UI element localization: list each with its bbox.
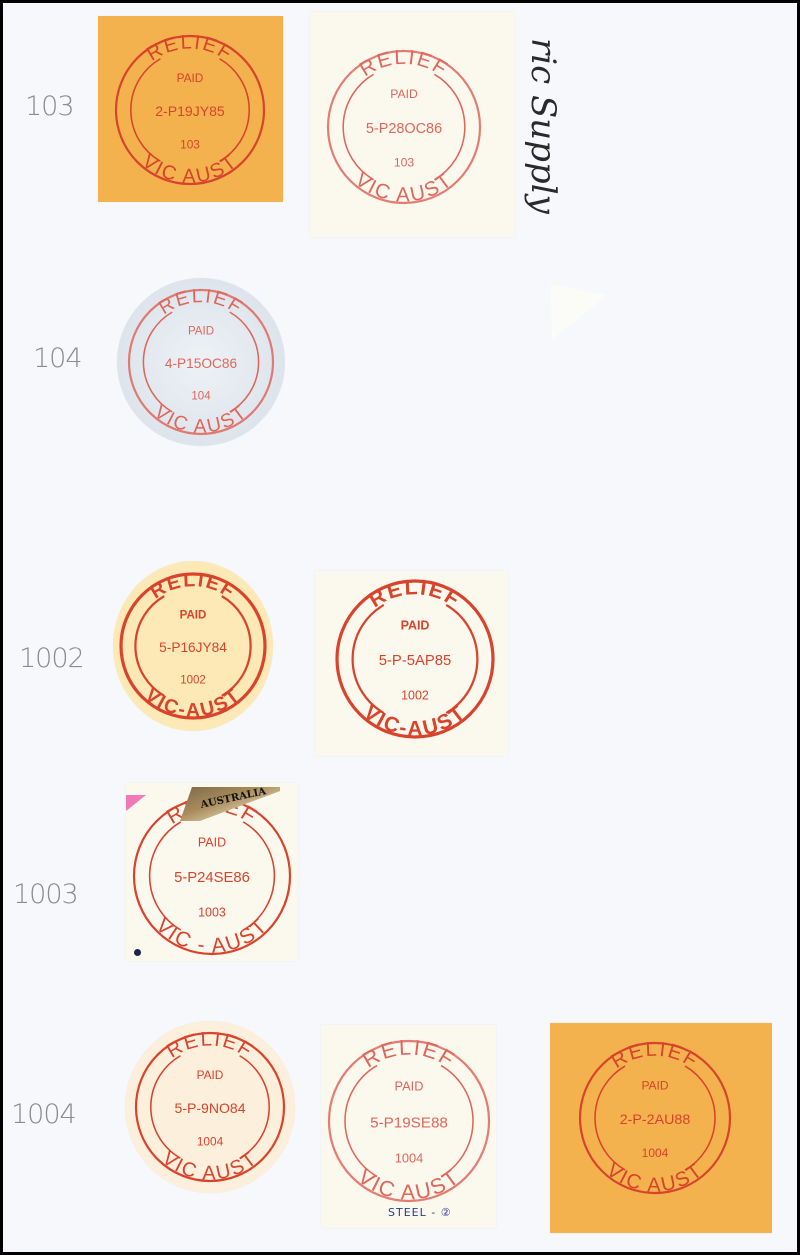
svg-text:VIC-AUST: VIC-AUST	[141, 684, 245, 722]
row-label-104: 104	[33, 343, 82, 374]
svg-text:1004: 1004	[197, 1134, 224, 1148]
svg-text:103: 103	[394, 156, 415, 170]
svg-text:5-P-9NO84: 5-P-9NO84	[174, 1100, 245, 1116]
postmark-1004-b: RELIEFVIC AUSTPAID5-P19SE881004	[321, 1025, 496, 1228]
postmark-103-b: RELIEFVIC AUSTPAID5-P28OC86103	[310, 12, 515, 237]
svg-text:VIC AUST: VIC AUST	[351, 168, 457, 207]
handwritten-note: ric Supply	[523, 38, 563, 258]
svg-text:1004: 1004	[395, 1151, 423, 1166]
svg-text:5-P28OC86: 5-P28OC86	[366, 121, 442, 137]
svg-text:1002: 1002	[401, 689, 429, 703]
svg-text:PAID: PAID	[401, 618, 430, 632]
svg-text:RELIEF: RELIEF	[365, 576, 465, 612]
svg-text:RELIEF: RELIEF	[146, 569, 240, 603]
svg-text:1003: 1003	[198, 906, 226, 920]
row-label-1004: 1004	[11, 1099, 76, 1130]
svg-text:2-P19JY85: 2-P19JY85	[155, 103, 225, 119]
svg-text:VIC AUST: VIC AUST	[353, 1164, 464, 1205]
svg-text:VIC AUST: VIC AUST	[138, 150, 242, 187]
postmark-103-a: RELIEFVIC AUSTPAID2-P19JY85103	[98, 16, 283, 202]
svg-text:PAID: PAID	[177, 71, 204, 85]
stamp-hinge	[543, 284, 607, 340]
svg-text:5-P24SE86: 5-P24SE86	[174, 870, 250, 886]
svg-text:2-P-2AU88: 2-P-2AU88	[620, 1112, 691, 1128]
svg-text:PAID: PAID	[641, 1079, 668, 1093]
postmark-piece: RELIEFVIC-AUSTPAID5-P16JY841002	[113, 561, 273, 731]
postmark-1002-b: RELIEFVIC-AUSTPAID5-P-5AP851002	[315, 571, 508, 756]
postmark-piece: RELIEFVIC AUSTPAID5-P-9NO841004	[125, 1021, 295, 1193]
row-label-1002: 1002	[19, 643, 84, 674]
postmark-piece: RELIEFVIC AUSTPAID2-P-2AU881004	[550, 1023, 772, 1233]
svg-text:PAID: PAID	[198, 835, 226, 849]
svg-text:5-P-5AP85: 5-P-5AP85	[379, 653, 451, 669]
postmark-1004-a: RELIEFVIC AUSTPAID5-P-9NO841004	[125, 1021, 295, 1193]
svg-text:VIC-AUST: VIC-AUST	[359, 701, 470, 741]
postmark-piece: RELIEFVIC AUSTPAID5-P19SE881004	[321, 1025, 496, 1228]
svg-text:RELIEF: RELIEF	[163, 1028, 257, 1062]
svg-text:PAID: PAID	[197, 1068, 224, 1082]
postmark-piece: RELIEFVIC AUSTPAID5-P28OC86103	[310, 12, 515, 237]
row-label-1003: 1003	[13, 879, 78, 910]
svg-text:PAID: PAID	[180, 610, 207, 622]
postmark-piece: RELIEFVIC AUSTPAID4-P15OC86104	[117, 278, 285, 446]
album-page: 103 104 1002 1003 1004 RELIEFVIC AUSTPAI…	[3, 3, 797, 1252]
svg-text:RELIEF: RELIEF	[155, 285, 247, 319]
svg-text:VIC AUST: VIC AUST	[158, 1147, 262, 1184]
row-label-103: 103	[25, 91, 74, 122]
svg-text:1002: 1002	[180, 674, 206, 686]
svg-text:RELIEF: RELIEF	[356, 46, 453, 82]
handwritten-annotation: STEEL - ②	[388, 1206, 452, 1219]
svg-text:4-P15OC86: 4-P15OC86	[165, 356, 237, 371]
svg-text:104: 104	[191, 390, 211, 402]
svg-text:RELIEF: RELIEF	[143, 31, 237, 65]
postmark-1004-c: RELIEFVIC AUSTPAID2-P-2AU881004	[550, 1023, 772, 1233]
svg-text:PAID: PAID	[395, 1079, 424, 1094]
postmark-piece: RELIEFVIC AUSTPAID2-P19JY85103	[98, 16, 283, 202]
svg-text:RELIEF: RELIEF	[358, 1034, 460, 1072]
svg-text:PAID: PAID	[188, 326, 214, 338]
svg-text:1004: 1004	[642, 1146, 669, 1160]
svg-text:VIC - AUST: VIC - AUST	[151, 914, 273, 958]
postmark-piece: RELIEFVIC-AUSTPAID5-P-5AP851002	[315, 571, 508, 756]
svg-text:103: 103	[180, 137, 200, 151]
svg-text:PAID: PAID	[390, 87, 418, 101]
svg-text:5-P16JY84: 5-P16JY84	[159, 640, 227, 655]
svg-text:RELIEF: RELIEF	[608, 1039, 703, 1073]
svg-text:VIC AUST: VIC AUST	[602, 1159, 707, 1197]
postmark-1002-a: RELIEFVIC-AUSTPAID5-P16JY841002	[113, 561, 273, 731]
svg-text:VIC AUST: VIC AUST	[150, 401, 252, 438]
ink-dot	[134, 949, 141, 956]
postmark-104: RELIEFVIC AUSTPAID4-P15OC86104	[117, 278, 285, 446]
svg-text:5-P19SE88: 5-P19SE88	[370, 1114, 448, 1131]
handwritten-note-text: ric Supply	[523, 38, 563, 214]
